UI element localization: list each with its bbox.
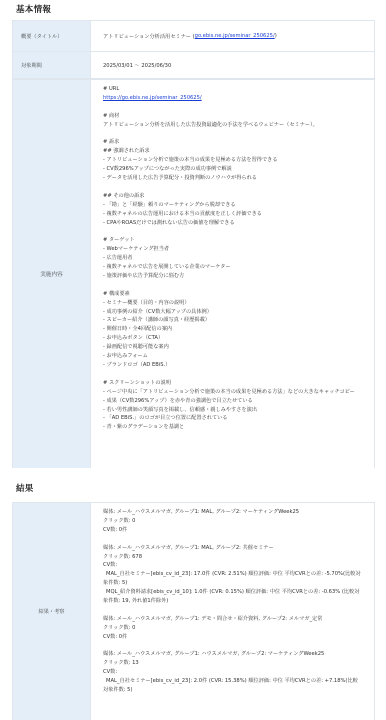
title-suffix: ) [275,33,277,39]
product-heading: # 商材 [103,112,362,121]
cv-detail-line: MQL_紹介資料請求[ebis_cv_id_10]: 1.0件 (CVR: 0.… [103,588,362,606]
list-item: - 複数チャネルで広告を展開している企業のマーケター [103,263,362,272]
list-item: - Webマーケティング担当者 [103,245,362,254]
row-implementation: 実施内容 # URL https://go.ebis.ne.jp/seminar… [13,80,374,468]
clicks-line: クリック数: 13 [103,659,362,668]
results-label: 結果・考察 [13,503,91,720]
list-item: - お申込みボタン（CTA） [103,334,362,343]
appeal-heading: # 訴求 [103,138,362,147]
list-item: - ページ中央に「アトリビューション分析で施策の本当の成果を見極める方法」などの… [103,388,362,397]
result-entry: 媒体: メール_ハウスメルマガ, グループ1: MAL, グループ2: 共催セミ… [103,544,362,606]
implementation-label: 実施内容 [13,80,91,468]
list-item: - 複数チャネルの広告運用における本当の貢献度を正しく評価できる [103,210,362,219]
target-heading: # ターゲット [103,236,362,245]
screenshot-heading: # スクリーンショットの説明 [103,379,362,388]
emphasized-heading: ## 強調された訴求 [103,147,362,156]
list-item: - 広告運用者 [103,254,362,263]
media-line: 媒体: メール_ハウスメルマガ, グループ1: デモ・問合せ・紹介資料, グルー… [103,615,362,624]
list-item: - 成果（CV数296%アップ）を赤や青の強調色で目立たせている [103,397,362,406]
clicks-line: クリック数: 0 [103,624,362,633]
list-item: - 「勘」と「経験」頼りのマーケティングから脱却できる [103,201,362,210]
cv-line: CV数: [103,561,362,570]
row-period: 対象期間 2025/03/01 ～ 2025/06/30 [13,52,374,78]
list-item: - 「AD EBiS.」のロゴが目立つ位置に配置されている [103,414,362,423]
cv-line: CV数: 0件 [103,633,362,642]
media-line: 媒体: メール_ハウスメルマガ, グループ1: ハウスメルマガ, グループ2: … [103,650,362,659]
list-item: - 若い男性講師の笑顔写真を掲載し、信頼感・親しみやすさを演出 [103,406,362,415]
list-item: - 成功事例の紹介（CV数大幅アップの具体例） [103,308,362,317]
title-text: アトリビューション分析活用セミナー ( [103,33,195,40]
list-item: - お申込みフォーム [103,352,362,361]
cv-detail-line: MAL_自社セミナー[ebis_cv_id_23]: 17.0件 (CVR: 2… [103,570,362,588]
title-value: アトリビューション分析活用セミナー (go.ebis.ne.jp/seminar… [91,21,374,51]
list-item: - セミナー概要（目的・内容の説明） [103,299,362,308]
list-item: - 青・紫のグラデーションを基調と [103,423,362,432]
media-line: 媒体: メール_ハウスメルマガ, グループ1: MAL, グループ2: マーケテ… [103,508,362,517]
list-item: - 施策評価や広告予算配分に悩む方 [103,272,362,281]
results-table: 結果・考察 媒体: メール_ハウスメルマガ, グループ1: MAL, グループ2… [12,502,375,720]
components-heading: # 構成要素 [103,290,362,299]
implementation-table: 実施内容 # URL https://go.ebis.ne.jp/seminar… [12,79,375,468]
clicks-line: クリック数: 0 [103,517,362,526]
title-label: 概要（タイトル） [13,21,91,51]
list-item: - 録画配信で視聴可能な案内 [103,343,362,352]
basic-info-heading: 基本情報 [16,3,51,15]
cv-detail-line: MAL_自社セミナー[ebis_cv_id_23]: 2.0件 (CVR: 15… [103,677,362,695]
list-item: - アトリビューション分析で施策の本当の成果を見極める方法を習得できる [103,156,362,165]
basic-info-table: 概要（タイトル） アトリビューション分析活用セミナー (go.ebis.ne.j… [12,20,375,79]
product-text: アトリビューション分析を活用した広告投資最適化の手法を学べるウェビナー（セミナー… [103,121,362,130]
title-link[interactable]: go.ebis.ne.jp/seminar_250625/ [195,33,275,39]
row-title: 概要（タイトル） アトリビューション分析活用セミナー (go.ebis.ne.j… [13,21,374,52]
result-entry: 媒体: メール_ハウスメルマガ, グループ1: デモ・問合せ・紹介資料, グルー… [103,615,362,642]
cv-line: CV数: 0件 [103,526,362,535]
list-item: - ブランドロゴ（AD EBiS.） [103,361,362,370]
result-entry: 媒体: メール_ハウスメルマガ, グループ1: MAL, グループ2: マーケテ… [103,508,362,535]
list-item: - CV数296%アップにつながった実際の成功事例で解説 [103,165,362,174]
cv-line: CV数: [103,668,362,677]
results-heading: 結果 [16,482,34,494]
period-value: 2025/03/01 ～ 2025/06/30 [91,52,374,78]
list-item: - CPAやROASだけでは測れない広告の価値を理解できる [103,219,362,228]
clicks-line: クリック数: 678 [103,553,362,562]
implementation-content: # URL https://go.ebis.ne.jp/seminar_2506… [91,80,374,468]
results-content: 媒体: メール_ハウスメルマガ, グループ1: MAL, グループ2: マーケテ… [91,503,374,720]
list-item: - 開催日時・全4回配信の案内 [103,325,362,334]
media-line: 媒体: メール_ハウスメルマガ, グループ1: MAL, グループ2: 共催セミ… [103,544,362,553]
list-item: - スピーカー紹介（講師の顔写真・経歴掲載） [103,316,362,325]
period-label: 対象期間 [13,52,91,78]
other-heading: ## その他の訴求 [103,192,362,201]
url-heading: # URL [103,85,362,94]
result-entry: 媒体: メール_ハウスメルマガ, グループ1: ハウスメルマガ, グループ2: … [103,650,362,695]
url-link[interactable]: https://go.ebis.ne.jp/seminar_250625/ [103,95,202,101]
list-item: - データを活用した広告予算配分・投資判断のノウハウが得られる [103,174,362,183]
row-results: 結果・考察 媒体: メール_ハウスメルマガ, グループ1: MAL, グループ2… [13,503,374,720]
